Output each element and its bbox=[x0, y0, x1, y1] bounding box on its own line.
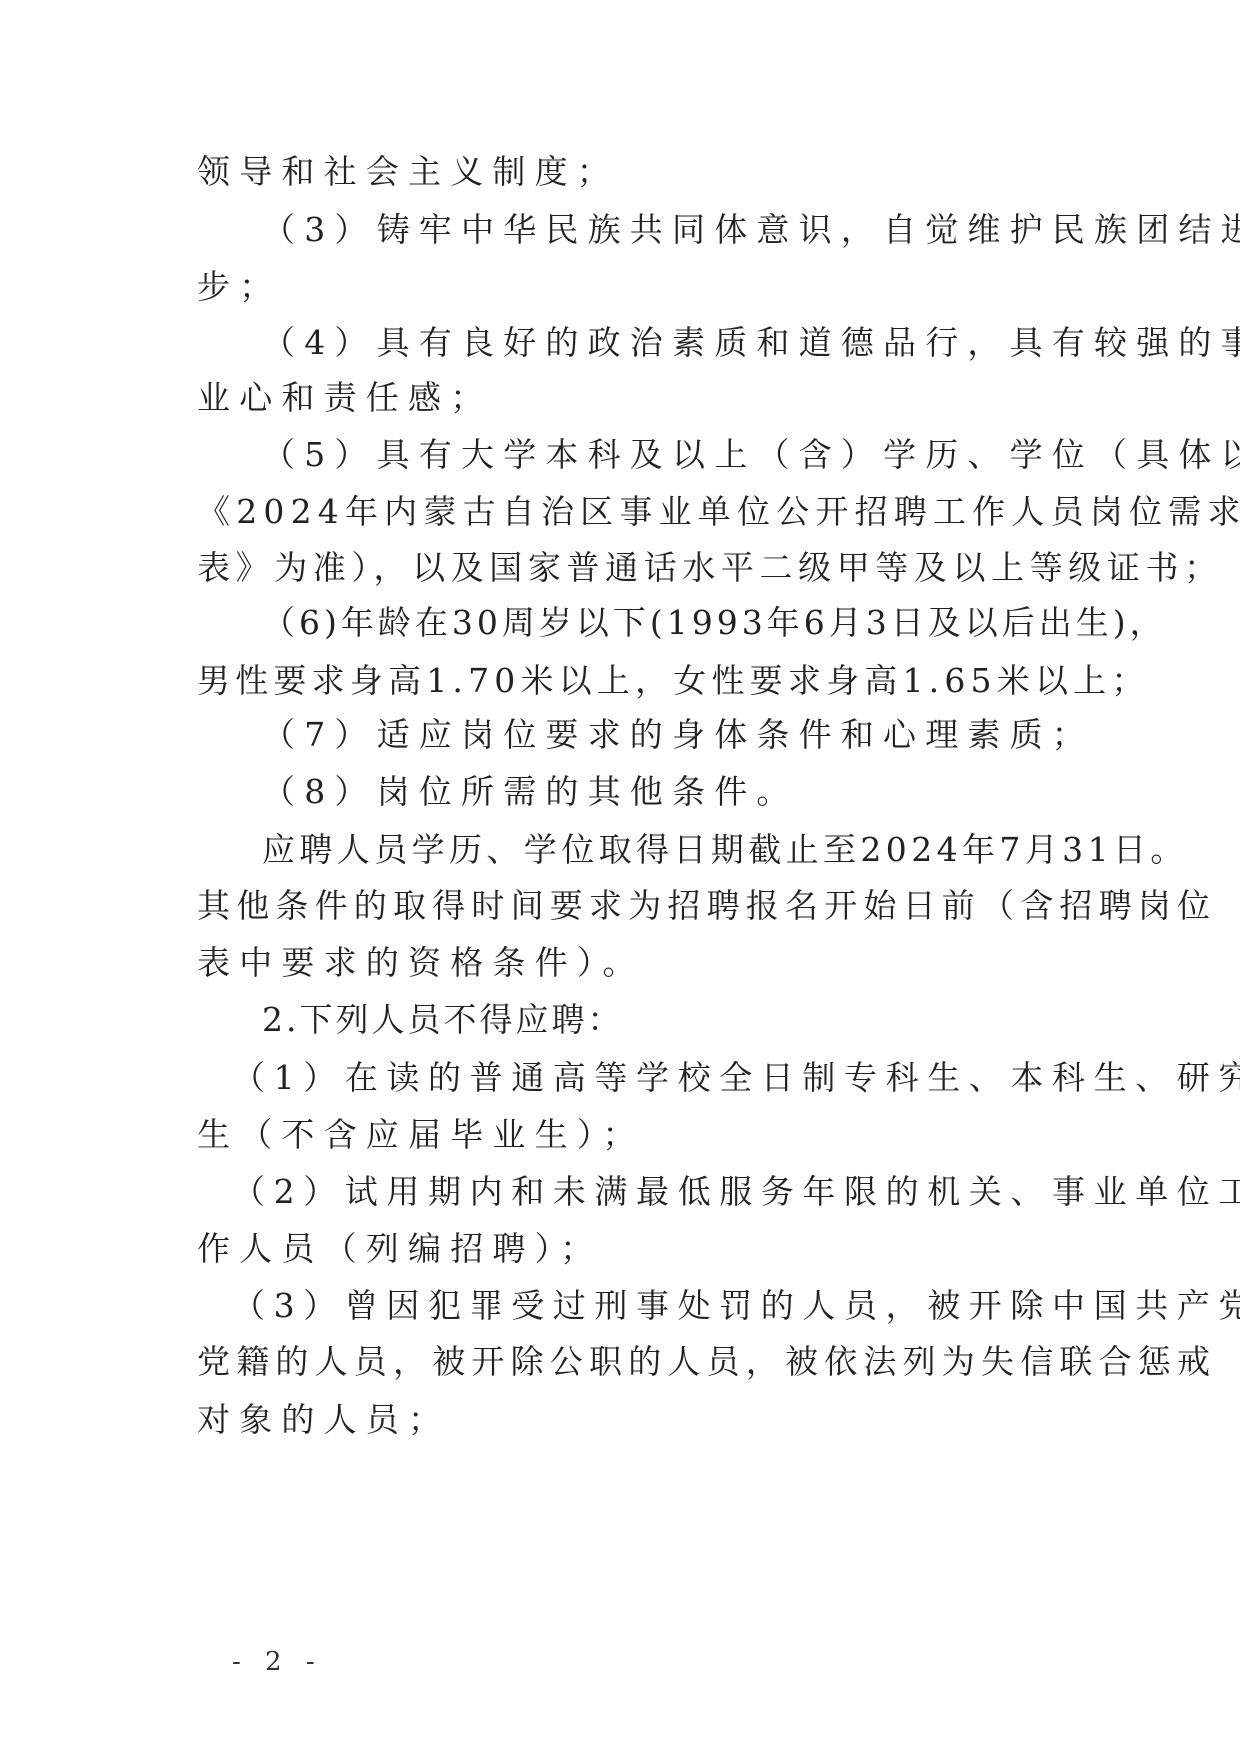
text-line: 领导和社会主义制度； bbox=[197, 150, 1057, 194]
text-line: （6)年龄在30周岁以下(1993年6月3日及以后出生)， bbox=[262, 601, 1122, 645]
text-line: （1）在读的普通高等学校全日制专科生、本科生、研究 bbox=[232, 1056, 1092, 1100]
text-line: 《2024年内蒙古自治区事业单位公开招聘工作人员岗位需求 bbox=[197, 490, 1057, 534]
text-line: （5）具有大学本科及以上（含）学历、学位（具体以 bbox=[262, 433, 1122, 477]
text-line: 步； bbox=[197, 265, 1057, 309]
document-page: 领导和社会主义制度； （3）铸牢中华民族共同体意识，自觉维护民族团结进 步； （… bbox=[0, 0, 1240, 1754]
text-line: 男性要求身高1.70米以上，女性要求身高1.65米以上； bbox=[197, 659, 1057, 703]
text-line: 表中要求的资格条件）。 bbox=[197, 941, 1057, 985]
text-line: 党籍的人员，被开除公职的人员，被依法列为失信联合惩戒 bbox=[197, 1340, 1057, 1384]
text-line: （7）适应岗位要求的身体条件和心理素质； bbox=[262, 713, 1122, 757]
page-number: - 2 - bbox=[232, 1644, 323, 1680]
text-line: （4）具有良好的政治素质和道德品行，具有较强的事 bbox=[262, 321, 1122, 365]
text-line: 其他条件的取得时间要求为招聘报名开始日前（含招聘岗位 bbox=[197, 884, 1057, 928]
text-line: 2.下列人员不得应聘： bbox=[262, 998, 1122, 1042]
text-line: （2）试用期内和未满最低服务年限的机关、事业单位工 bbox=[232, 1170, 1092, 1214]
text-line: 业心和责任感； bbox=[197, 376, 1057, 420]
text-line: 表》为准），以及国家普通话水平二级甲等及以上等级证书； bbox=[197, 546, 1057, 590]
text-line: 生（不含应届毕业生）； bbox=[197, 1113, 1057, 1157]
text-line: （3）曾因犯罪受过刑事处罚的人员，被开除中国共产党 bbox=[232, 1284, 1092, 1328]
text-line: 对象的人员； bbox=[197, 1398, 1057, 1442]
text-line: 应聘人员学历、学位取得日期截止至2024年7月31日。 bbox=[262, 828, 1122, 872]
text-line: （3）铸牢中华民族共同体意识，自觉维护民族团结进 bbox=[262, 208, 1122, 252]
text-line: （8）岗位所需的其他条件。 bbox=[262, 770, 1122, 814]
text-line: 作人员（列编招聘）； bbox=[197, 1227, 1057, 1271]
